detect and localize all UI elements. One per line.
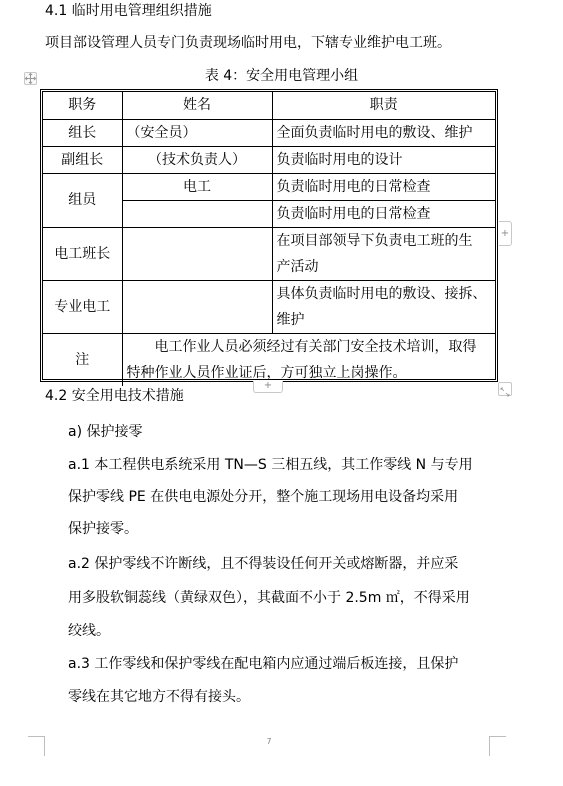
cell-duty[interactable]: 负责临时用电的日常检查 bbox=[272, 173, 495, 200]
cell-duty[interactable]: 负责临时用电的设计 bbox=[272, 146, 495, 173]
cell-name[interactable]: （技术负责人） bbox=[122, 146, 272, 173]
cell-role[interactable]: 组员 bbox=[43, 173, 122, 227]
paragraph-a2-line: a.2 保护零线不许断线，且不得装设任何开关或熔断器，并应采 bbox=[68, 556, 458, 572]
cell-duty[interactable]: 具体负责临时用电的敷设、接拆、 维护 bbox=[272, 280, 495, 333]
cell-duty[interactable]: 负责临时用电的日常检查 bbox=[272, 200, 495, 227]
cell-role[interactable]: 电工班长 bbox=[43, 227, 122, 280]
table-header-row: 职务 姓名 职责 bbox=[43, 92, 495, 119]
table-move-handle[interactable] bbox=[24, 72, 37, 85]
paragraph-a3-line: a.3 工作零线和保护零线在配电箱内应通过端后板连接，且保护 bbox=[68, 656, 458, 672]
paragraph-a1-line: a.1 本工程供电系统采用 TN—S 三相五线，其工作零线 N 与专用 bbox=[68, 457, 473, 473]
cell-duty-line: 产活动 bbox=[277, 254, 492, 280]
header-name[interactable]: 姓名 bbox=[122, 92, 272, 119]
table-note-row: 注 电工作业人员必须经过有关部门安全技术培训，取得 特种作业人员作业证后，方可独… bbox=[43, 333, 495, 386]
cell-name[interactable] bbox=[122, 227, 272, 280]
header-role[interactable]: 职务 bbox=[43, 92, 122, 119]
cell-duty-line: 具体负责临时用电的敷设、接拆、 bbox=[277, 281, 492, 307]
cell-name[interactable]: （安全员） bbox=[122, 119, 272, 146]
move-arrows-icon bbox=[25, 73, 36, 84]
page-number: 7 bbox=[0, 737, 538, 746]
table-row: 组长 （安全员） 全面负责临时用电的敷设、维护 bbox=[43, 119, 495, 146]
add-column-button[interactable]: + bbox=[499, 221, 512, 246]
cell-duty[interactable]: 全面负责临时用电的敷设、维护 bbox=[272, 119, 495, 146]
cell-duty-line: 维护 bbox=[277, 307, 492, 333]
section-heading-4-2: 4.2 安全用电技术措施 bbox=[45, 388, 184, 404]
cell-role[interactable]: 副组长 bbox=[43, 146, 122, 173]
cell-duty-line: 在项目部领导下负责电工班的生 bbox=[277, 228, 492, 254]
cell-name[interactable] bbox=[122, 200, 272, 227]
note-line: 特种作业人员作业证后，方可独立上岗操作。 bbox=[127, 360, 492, 386]
add-row-button[interactable]: + bbox=[253, 381, 283, 393]
note-line: 电工作业人员必须经过有关部门安全技术培训，取得 bbox=[127, 334, 492, 360]
paragraph-a2-line: 绞线。 bbox=[68, 623, 110, 639]
table-caption: 表 4：安全用电管理小组 bbox=[0, 68, 563, 84]
table-row: 副组长 （技术负责人） 负责临时用电的设计 bbox=[43, 146, 495, 173]
paragraph-a3-line: 零线在其它地方不得有接头。 bbox=[68, 689, 250, 705]
paragraph-a1-line: 保护接零。 bbox=[68, 521, 138, 537]
subheading-a: a) 保护接零 bbox=[68, 424, 143, 440]
cell-role[interactable]: 专业电工 bbox=[43, 280, 122, 333]
paragraph-a2-line: 用多股软铜蕊线（黄绿双色），其截面不小于 2.5m ㎡，不得采用 bbox=[68, 590, 470, 606]
table-row: 组员 电工 负责临时用电的日常检查 bbox=[43, 173, 495, 200]
cell-duty[interactable]: 在项目部领导下负责电工班的生 产活动 bbox=[272, 227, 495, 280]
resize-arrows-icon bbox=[499, 386, 511, 398]
header-duty[interactable]: 职责 bbox=[272, 92, 495, 119]
table-row: 电工班长 在项目部领导下负责电工班的生 产活动 bbox=[43, 227, 495, 280]
cell-note-label[interactable]: 注 bbox=[43, 333, 122, 386]
intro-paragraph: 项目部设管理人员专门负责现场临时用电，下辖专业维护电工班。 bbox=[45, 35, 451, 51]
safety-management-table: 职务 姓名 职责 组长 （安全员） 全面负责临时用电的敷设、维护 副组长 （技术… bbox=[40, 89, 498, 382]
cell-note-text[interactable]: 电工作业人员必须经过有关部门安全技术培训，取得 特种作业人员作业证后，方可独立上… bbox=[122, 333, 495, 386]
section-heading-4-1: 4.1 临时用电管理组织措施 bbox=[45, 3, 212, 19]
cell-role[interactable]: 组长 bbox=[43, 119, 122, 146]
cell-name[interactable]: 电工 bbox=[122, 173, 272, 200]
cell-name[interactable] bbox=[122, 280, 272, 333]
table-row: 专业电工 具体负责临时用电的敷设、接拆、 维护 bbox=[43, 280, 495, 333]
table-resize-handle[interactable] bbox=[498, 382, 512, 396]
paragraph-a1-line: 保护零线 PE 在供电电源处分开，整个施工现场用电设备均采用 bbox=[68, 489, 458, 505]
